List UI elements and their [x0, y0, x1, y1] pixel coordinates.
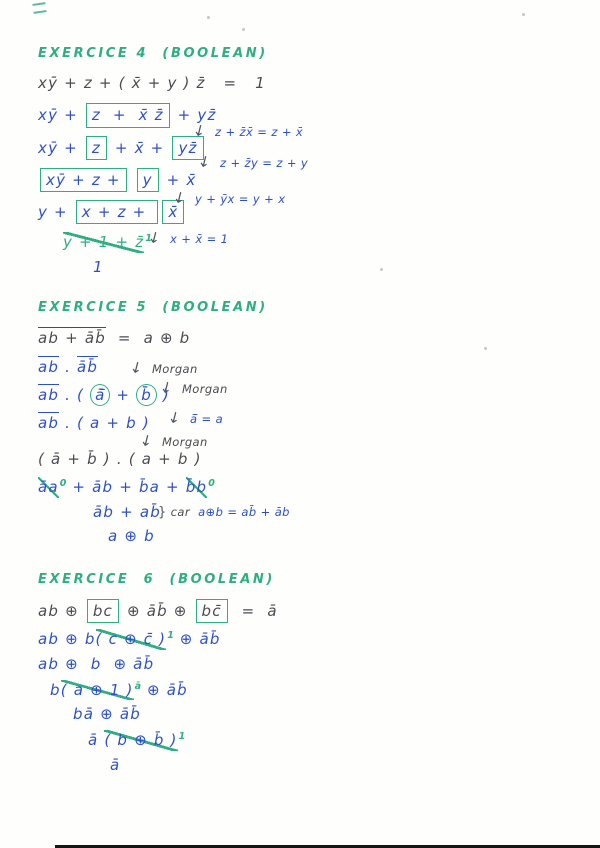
formula-segment: bc̄ [196, 599, 228, 623]
formula-segment: ⊕ āb̄ [141, 681, 188, 699]
formula-segment: y + 1 + z̄ [63, 232, 144, 252]
notebook-page: EXERCICE 4 (BOOLEAN)xȳ + z + ( x̄ + y ) … [0, 0, 600, 848]
formula-line: āb + ab̄}car a⊕b = ab̄ + āb [93, 502, 268, 522]
margin-annotation: ↓z + z̄y = z + y [198, 152, 308, 172]
formula-segment: ⊕ āb̄ ⊕ [121, 602, 194, 620]
annotation-text: Morgan [182, 382, 228, 396]
formula-line: y + 1 + z̄1↓x + x̄ = 1 [63, 232, 268, 252]
annotation-text: a⊕b = ab̄ + āb [198, 505, 290, 519]
down-arrow-icon: ↓ [128, 357, 145, 380]
formula-line: āa0 + āb + b̄a + b̄b0 [38, 477, 268, 497]
section-title: EXERCICE 6 (BOOLEAN) [38, 572, 278, 587]
formula-segment: b̄̄ [136, 384, 157, 406]
formula-segment: ab [38, 384, 59, 404]
formula-segment: ab [38, 412, 59, 432]
formula-segment: a ⊕ b [108, 527, 155, 545]
formula-segment: ⊕ āb̄ [174, 630, 221, 648]
section-title: EXERCICE 5 (BOOLEAN) [38, 300, 268, 315]
exercise-section: EXERCICE 5 (BOOLEAN)ab + āb̄ = a ⊕ bab .… [38, 300, 268, 546]
formula-line: ab . ( a + b )↓ā̄ = a [38, 412, 268, 433]
annotation-text: z + z̄y = z + y [220, 156, 308, 170]
formula-line: bā ⊕ āb̄ [73, 704, 278, 724]
formula-segment: bā ⊕ āb̄ [73, 705, 141, 723]
formula-segment: ab ⊕ b ⊕ āb̄ [38, 655, 154, 673]
formula-segment: x + z + [76, 200, 159, 224]
formula-segment: ( c ⊕ c̄ ) [96, 629, 167, 649]
formula-line: ( ā + b̄ ) . ( a + b )↓Morgan [38, 449, 268, 469]
annotation-word: car [171, 505, 198, 519]
section-title: EXERCICE 4 (BOOLEAN) [38, 46, 268, 61]
exercise-section: EXERCICE 6 (BOOLEAN)ab ⊕ bc ⊕ āb̄ ⊕ bc̄ … [38, 572, 278, 775]
brace-mark: } [158, 505, 167, 520]
formula-line: ā ( b ⊕ b̄ )1 [88, 730, 278, 750]
margin-annotation: ↓ā̄ = a [168, 408, 223, 428]
annotation-text: Morgan [162, 435, 208, 449]
exponent-note: 1 [167, 630, 174, 641]
formula-segment: ā [110, 756, 120, 774]
formula-segment: ab ⊕ b [38, 630, 96, 648]
formula-segment: ab + āb̄ [38, 327, 106, 347]
formula-segment: + x̄ + [109, 139, 171, 157]
corner-scribble-mark [32, 2, 46, 14]
margin-annotation: ↓y + ȳx = y + x [173, 188, 285, 208]
formula-line: b( a ⊕ 1 )ā ⊕ āb̄ [50, 680, 278, 700]
formula-line: 1 [93, 257, 268, 277]
formula-segment: ā [88, 731, 104, 749]
formula-line: ā [110, 755, 278, 775]
formula-segment: 1 [93, 258, 104, 276]
formula-line: ab . ( ā̄ + b̄̄ )↓Morgan [38, 384, 268, 406]
formula-segment: ab [38, 356, 59, 376]
formula-segment: = a ⊕ b [106, 329, 190, 347]
scan-speck [242, 28, 245, 31]
down-arrow-icon: ↓ [171, 187, 188, 210]
scan-speck [207, 16, 210, 19]
scan-speck [522, 13, 525, 16]
formula-segment: ab ⊕ [38, 602, 85, 620]
down-arrow-icon: ↓ [166, 406, 183, 429]
margin-annotation: ↓Morgan [160, 378, 228, 398]
down-arrow-icon: ↓ [138, 430, 155, 453]
margin-annotation: ↓x + x̄ = 1 [148, 228, 228, 248]
formula-segment: + āb + b̄a + [66, 478, 185, 496]
down-arrow-icon: ↓ [196, 150, 213, 173]
down-arrow-icon: ↓ [158, 376, 175, 399]
formula-line: a ⊕ b [108, 526, 268, 546]
margin-annotation: ↓Morgan [140, 431, 208, 451]
down-arrow-icon: ↓ [146, 227, 163, 250]
annotation-text: ā̄ = a [190, 412, 223, 426]
formula-segment: ( ā + b̄ ) . ( a + b ) [38, 450, 202, 468]
formula-segment: ( a ⊕ 1 ) [61, 680, 134, 700]
formula-line: y + x + z + x̄↓y + ȳx = y + x [38, 200, 268, 224]
formula-segment: y + [38, 203, 74, 221]
formula-line: ab + āb̄ = a ⊕ b [38, 327, 268, 348]
margin-annotation: }car a⊕b = ab̄ + āb [158, 504, 290, 522]
scan-speck [484, 347, 487, 350]
annotation-text: x + x̄ = 1 [170, 232, 228, 246]
formula-segment: xȳ + z + ( x̄ + y ) z̄ = 1 [38, 74, 266, 92]
formula-segment: b̄b [186, 477, 207, 497]
formula-segment: y [137, 168, 159, 192]
formula-segment: āa [38, 477, 59, 497]
formula-segment: z [86, 136, 107, 160]
formula-segment: . [59, 358, 77, 376]
formula-segment [129, 171, 135, 189]
formula-segment: xȳ + [38, 139, 84, 157]
exponent-note: 0 [208, 478, 215, 489]
formula-segment: ā̄ [90, 384, 110, 406]
formula-line: xȳ + z + ( x̄ + y ) z̄ = 1 [38, 73, 268, 93]
scan-speck [380, 268, 383, 271]
formula-line: ab ⊕ b( c ⊕ c̄ )1 ⊕ āb̄ [38, 629, 278, 649]
formula-line: xȳ + z + x̄ z̄ + yz̄↓z + z̄x̄ = z + x̄ [38, 103, 268, 127]
formula-line: ab . āb̄↓Morgan [38, 356, 268, 377]
annotation-text: y + ȳx = y + x [195, 192, 285, 206]
formula-segment: z + x̄ z̄ [86, 103, 170, 127]
formula-segment: . ( [59, 386, 90, 404]
formula-segment: xȳ + [38, 106, 84, 124]
margin-annotation: ↓Morgan [130, 358, 198, 378]
formula-segment: ( b ⊕ b̄ ) [104, 730, 177, 750]
exponent-note: 1 [179, 731, 186, 742]
formula-line: ab ⊕ b ⊕ āb̄ [38, 654, 278, 674]
formula-segment: āb̄ [77, 356, 98, 376]
formula-line: ab ⊕ bc ⊕ āb̄ ⊕ bc̄ = ā [38, 599, 278, 623]
formula-segment: b [50, 681, 61, 699]
formula-segment: + x̄ [161, 171, 197, 189]
formula-segment: . ( a + b ) [59, 414, 150, 432]
exercise-section: EXERCICE 4 (BOOLEAN)xȳ + z + ( x̄ + y ) … [38, 46, 268, 277]
formula-segment: + [110, 386, 136, 404]
formula-segment: āb + ab̄ [93, 503, 161, 521]
annotation-text: Morgan [152, 362, 198, 376]
formula-segment: bc [87, 599, 119, 623]
formula-segment: xȳ + z + [40, 168, 127, 192]
formula-segment: = ā [230, 602, 278, 620]
